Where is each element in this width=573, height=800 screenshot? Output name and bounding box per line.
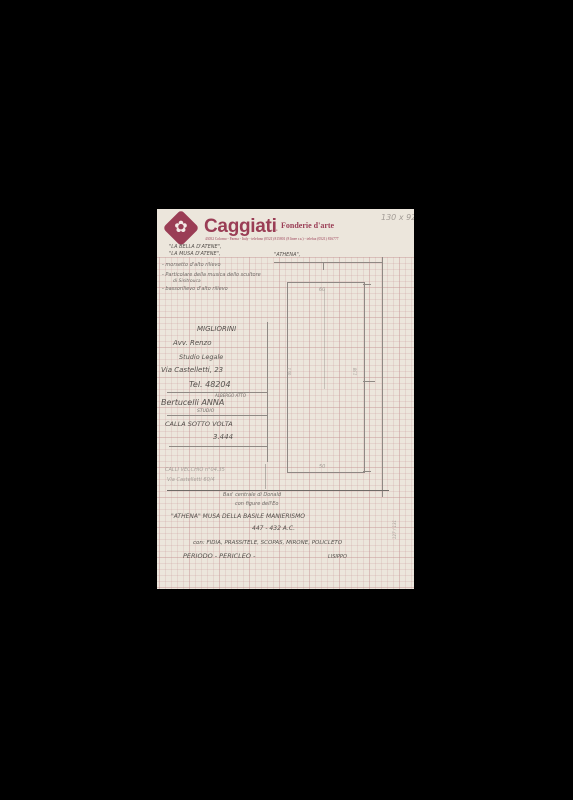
caption-line-1: Bas' centrale di Donald	[223, 492, 281, 498]
faint-note-2: Via Castelletti 60/4	[167, 477, 215, 483]
footer-artists: con: FIDIA, PRASSITELE, SCOPAS, MIRONE, …	[193, 540, 342, 546]
list-note-1: - morsetto d'alto rilievo	[162, 262, 221, 268]
footer-period: PERIODO - PERICLEO -	[183, 552, 255, 560]
drawing-top-line	[274, 262, 382, 263]
contact-divider-3	[169, 446, 267, 447]
caption-line-2: con figure dell'Eo	[235, 501, 278, 507]
contact-line-1: MIGLIORINI	[197, 325, 236, 333]
contact-line-5: Tel. 48204	[189, 380, 231, 389]
list-note-3: di Sisitrouca	[173, 279, 201, 284]
rose-icon: ✿	[168, 215, 194, 241]
drawing-bottom-tick	[363, 471, 371, 472]
contact-line-9: CALLA SOTTO VOLTA	[165, 420, 233, 428]
drawing-bottom-label: 50	[319, 464, 325, 470]
drawing-center-line	[324, 289, 325, 389]
title-note-1: "LA BELLA D'ATENE",	[169, 244, 222, 250]
contact-line-8: STUDIO	[197, 409, 214, 414]
footer-dates: 447 - 432 A.C.	[252, 525, 295, 532]
title-note-right: "ATHENA",	[274, 252, 300, 258]
title-note-2: "LA MUSA D'ATENE",	[169, 251, 221, 257]
contact-line-4: Via Castelletti, 23	[161, 366, 223, 374]
footer-lisippo: LISIPPO	[328, 554, 347, 560]
document-page: ✿ Caggiati s.n.c. Fonderie d'arte 43052 …	[157, 209, 414, 589]
footer-title: "ATHENA" MUSA DELLA BASILE MANIERISMO	[171, 513, 305, 520]
drawing-left-label: 130	[286, 368, 291, 376]
contact-line-3: Studio Legale	[179, 353, 223, 361]
baseline	[167, 490, 389, 491]
list-note-4: - bassorilievo d'alto rilievo	[162, 286, 228, 292]
drawing-tick	[323, 262, 324, 270]
faint-note-1: CALLI VECCHIO n°04.35	[165, 467, 225, 473]
drawing-right-label: 138	[352, 368, 357, 376]
faint-divider	[265, 464, 266, 489]
letterhead-address: 43052 Colorno - Parma - Italy - telefono…	[205, 237, 339, 241]
drawing-top-label: 60	[319, 287, 325, 293]
contact-box-right-line	[267, 322, 268, 462]
corner-note: 130 x 92	[381, 213, 414, 222]
drawing-rectangle	[287, 282, 365, 473]
list-note-2: - Particolare della musica dello scultor…	[162, 272, 261, 278]
contact-line-2: Avv. Renzo	[173, 339, 212, 347]
contact-divider-2	[167, 415, 267, 416]
drawing-top-tick	[363, 284, 371, 285]
contact-line-10: 3.444	[213, 433, 233, 441]
brand-name: Caggiati	[204, 216, 277, 238]
drawing-right-line	[382, 257, 383, 497]
contact-line-7: Bertucelli ANNA	[161, 398, 224, 407]
footer-side-note: 127 / 131	[392, 520, 397, 539]
brand-mark: s.n.c.	[271, 228, 278, 232]
brand-subtitle: Fonderie d'arte	[281, 221, 334, 230]
drawing-mid-tick	[363, 381, 375, 382]
